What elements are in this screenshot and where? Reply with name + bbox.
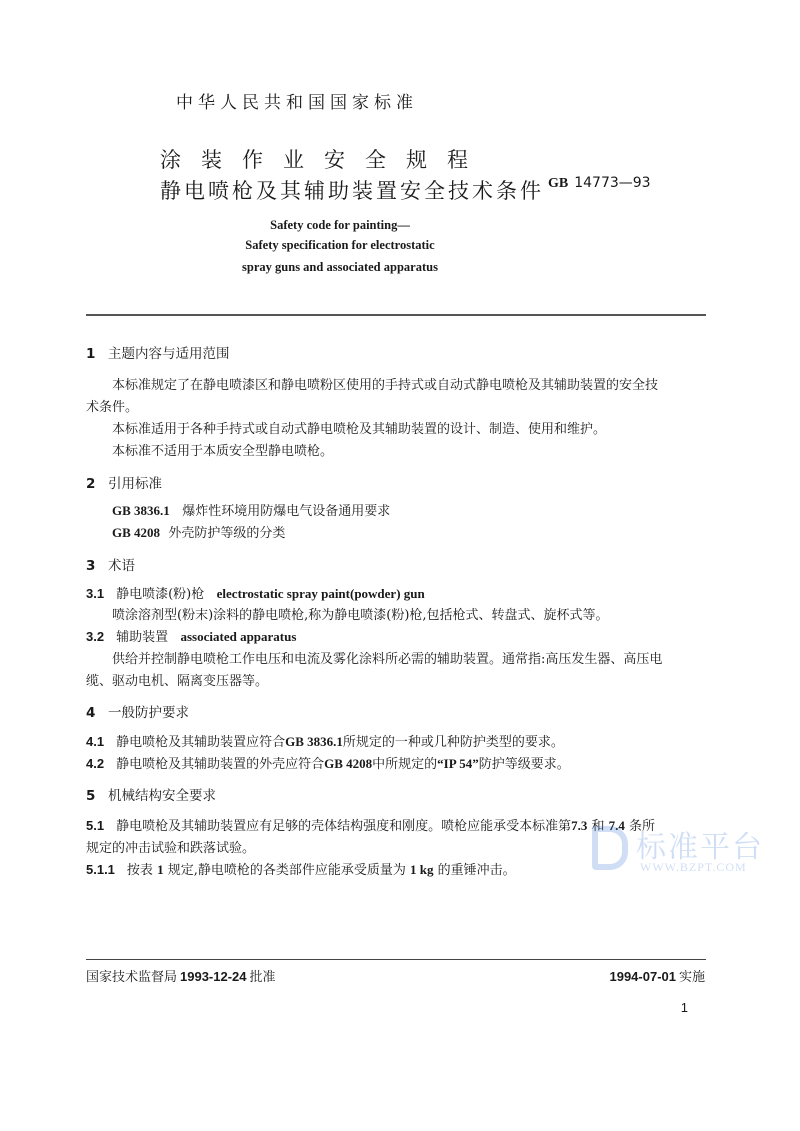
clause-text: 的重锤冲击。 — [438, 863, 516, 878]
section-4-heading: 4一般防护要求 — [86, 701, 189, 721]
title-main: 涂装作业安全规程 — [160, 144, 488, 174]
english-title-line-3: spray guns and associated apparatus — [0, 260, 740, 275]
mass-value: 1 kg — [410, 862, 433, 877]
section-1-heading: 1主题内容与适用范围 — [86, 342, 230, 362]
english-title-line-1: Safety code for painting— — [0, 218, 740, 233]
clause-4-2: 4.2静电喷枪及其辅助装置的外壳应符合GB 4208中所规定的“IP 54”防护… — [86, 753, 570, 772]
standard-ref: GB 4208 — [324, 756, 372, 771]
term-3-1-definition: 喷涂溶剂型(粉末)涂料的静电喷枪,称为静电喷漆(粉)枪,包括枪式、转盘式、旋杯式… — [112, 604, 609, 623]
clause-5-1-1: 5.1.1按表 1 规定,静电喷枪的各类部件应能承受质量为 1 kg 的重锤冲击… — [86, 859, 516, 878]
section-3-heading: 3术语 — [86, 554, 135, 574]
standard-number: GB14773—93 — [548, 175, 651, 192]
footer-divider — [86, 959, 706, 960]
approval-date: 1993-12-24 — [180, 969, 247, 984]
national-standard-label: 中华人民共和国国家标准 — [176, 88, 418, 113]
protection-rating: “IP 54” — [437, 756, 479, 771]
term-en: electrostatic spray paint(powder) gun — [217, 586, 425, 601]
effective-date: 1994-07-01 — [609, 969, 676, 984]
section-number: 1 — [86, 346, 108, 362]
s1-para1-line2: 术条件。 — [86, 396, 138, 415]
table-ref: 1 — [157, 862, 164, 877]
clause-number: 3.2 — [86, 629, 104, 644]
clause-number: 5.1.1 — [86, 862, 115, 877]
section-number: 5 — [86, 788, 108, 804]
section-2-heading: 2引用标准 — [86, 472, 162, 492]
reference-code: GB 4208 — [112, 525, 160, 540]
clause-text: 中所规定的 — [372, 757, 437, 772]
s1-para1-line1: 本标准规定了在静电喷漆区和静电喷粉区使用的手持式或自动式静电喷枪及其辅助装置的安… — [112, 374, 658, 393]
term-cn: 静电喷漆(粉)枪 — [116, 587, 204, 602]
clause-text: 所规定的一种或几种防护类型的要求。 — [343, 735, 564, 750]
clause-ref: 7.3 — [571, 818, 587, 833]
term-3-2-definition-line1: 供给并控制静电喷枪工作电压和电流及雾化涂料所必需的辅助装置。通常指:高压发生器、… — [112, 648, 662, 667]
clause-4-1: 4.1静电喷枪及其辅助装置应符合GB 3836.1所规定的一种或几种防护类型的要… — [86, 731, 564, 750]
reference-title: 爆炸性环境用防爆电气设备通用要求 — [182, 504, 390, 519]
clause-number: 4.2 — [86, 756, 104, 771]
watermark-logo-icon — [592, 826, 628, 870]
clause-text: 静电喷枪及其辅助装置应符合 — [116, 735, 285, 750]
standard-ref: GB 3836.1 — [285, 734, 343, 749]
section-number: 4 — [86, 705, 108, 721]
clause-number: 4.1 — [86, 734, 104, 749]
clause-text: 防护等级要求。 — [479, 757, 570, 772]
reference-item: GB 4208 外壳防护等级的分类 — [112, 522, 285, 541]
term-3-2: 3.2辅助装置 associated apparatus — [86, 626, 296, 645]
reference-title: 外壳防护等级的分类 — [168, 526, 285, 541]
effective-line: 1994-07-01实施 — [609, 966, 705, 985]
clause-text: 按表 — [127, 863, 153, 878]
section-number: 3 — [86, 558, 108, 574]
section-title: 引用标准 — [108, 476, 162, 492]
term-3-2-definition-line2: 缆、驱动电机、隔离变压器等。 — [86, 670, 268, 689]
section-title: 主题内容与适用范围 — [108, 346, 230, 362]
section-title: 术语 — [108, 558, 135, 574]
s1-para2: 本标准适用于各种手持式或自动式静电喷枪及其辅助装置的设计、制造、使用和维护。 — [112, 418, 606, 437]
issuer: 国家技术监督局 — [86, 970, 177, 985]
effective-label: 实施 — [679, 970, 705, 985]
clause-5-1-line1: 5.1静电喷枪及其辅助装置应有足够的壳体结构强度和刚度。喷枪应能承受本标准第7.… — [86, 815, 655, 834]
page-number: 1 — [681, 1000, 688, 1015]
term-cn: 辅助装置 — [116, 630, 168, 645]
gb-number: 14773—93 — [574, 175, 650, 191]
watermark-url: WWW.BZPT.COM — [640, 860, 747, 875]
section-title: 机械结构安全要求 — [108, 788, 216, 804]
reference-item: GB 3836.1 爆炸性环境用防爆电气设备通用要求 — [112, 500, 390, 519]
clause-5-1-line2: 规定的冲击试验和跌落试验。 — [86, 837, 255, 856]
gb-prefix: GB — [548, 176, 568, 191]
clause-text: 静电喷枪及其辅助装置的外壳应符合 — [116, 757, 324, 772]
term-3-1: 3.1静电喷漆(粉)枪 electrostatic spray paint(po… — [86, 583, 425, 602]
section-title: 一般防护要求 — [108, 705, 189, 721]
title-sub: 静电喷枪及其辅助装置安全技术条件 — [160, 175, 544, 205]
section-number: 2 — [86, 476, 108, 492]
reference-code: GB 3836.1 — [112, 503, 170, 518]
section-5-heading: 5机械结构安全要求 — [86, 784, 216, 804]
approval-label: 批准 — [250, 970, 276, 985]
s1-para3: 本标准不适用于本质安全型静电喷枪。 — [112, 440, 333, 459]
english-title-line-2: Safety specification for electrostatic — [0, 238, 740, 253]
header-divider — [86, 314, 706, 316]
clause-number: 3.1 — [86, 586, 104, 601]
clause-text: 静电喷枪及其辅助装置应有足够的壳体结构强度和刚度。喷枪应能承受本标准第 — [116, 819, 571, 834]
term-en: associated apparatus — [181, 629, 297, 644]
clause-number: 5.1 — [86, 818, 104, 833]
clause-text: 规定,静电喷枪的各类部件应能承受质量为 — [168, 863, 406, 878]
approval-line: 国家技术监督局1993-12-24批准 — [86, 966, 276, 985]
